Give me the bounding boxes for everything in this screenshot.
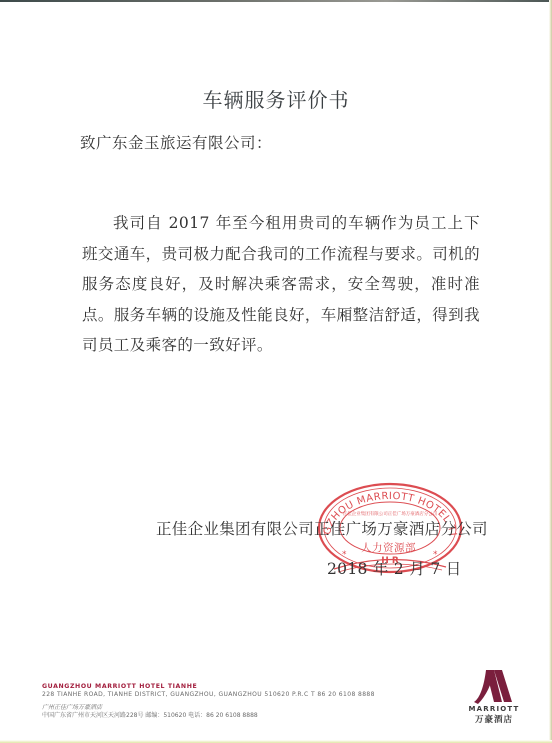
marriott-m-icon: [472, 668, 516, 704]
marriott-logo: MARRIOTT 万豪酒店: [462, 668, 526, 728]
footer-hotel-name-en: GUANGZHOU MARRIOTT HOTEL TIANHE: [42, 683, 375, 691]
letterhead-footer: GUANGZHOU MARRIOTT HOTEL TIANHE 228 TIAN…: [42, 683, 375, 720]
signature-date: 2018 年 2 月 7 日: [327, 557, 462, 579]
salutation: 致广东金玉旅运有限公司：: [80, 131, 272, 153]
scan-edge-top: [0, 0, 552, 2]
letter-body: 我司自 2017 年至今租用贵司的车辆作为员工上下班交通车，贵司极力配合我司的工…: [82, 208, 480, 361]
signature-company: 正佳企业集团有限公司正佳广场万豪酒店分公司: [156, 517, 488, 539]
footer-address-cn: 中国广东省广州市天河区天河路228号 邮编：510620 电话：86 20 61…: [42, 712, 375, 720]
stamp-department-text: 人力资源部: [361, 540, 416, 555]
logo-brand-en: MARRIOTT: [462, 705, 526, 713]
logo-brand-cn: 万豪酒店: [462, 713, 526, 725]
document-title: 车辆服务评价书: [0, 84, 552, 113]
footer-hotel-name-cn: 广州正佳广场万豪酒店: [42, 704, 375, 712]
footer-address-en: 228 TIANHE ROAD, TIANHE DISTRICT, GUANGZ…: [42, 691, 375, 699]
svg-text:正佳企业集团有限公司正佳广场万豪酒店分公司: 正佳企业集团有限公司正佳广场万豪酒店分公司: [343, 510, 438, 517]
